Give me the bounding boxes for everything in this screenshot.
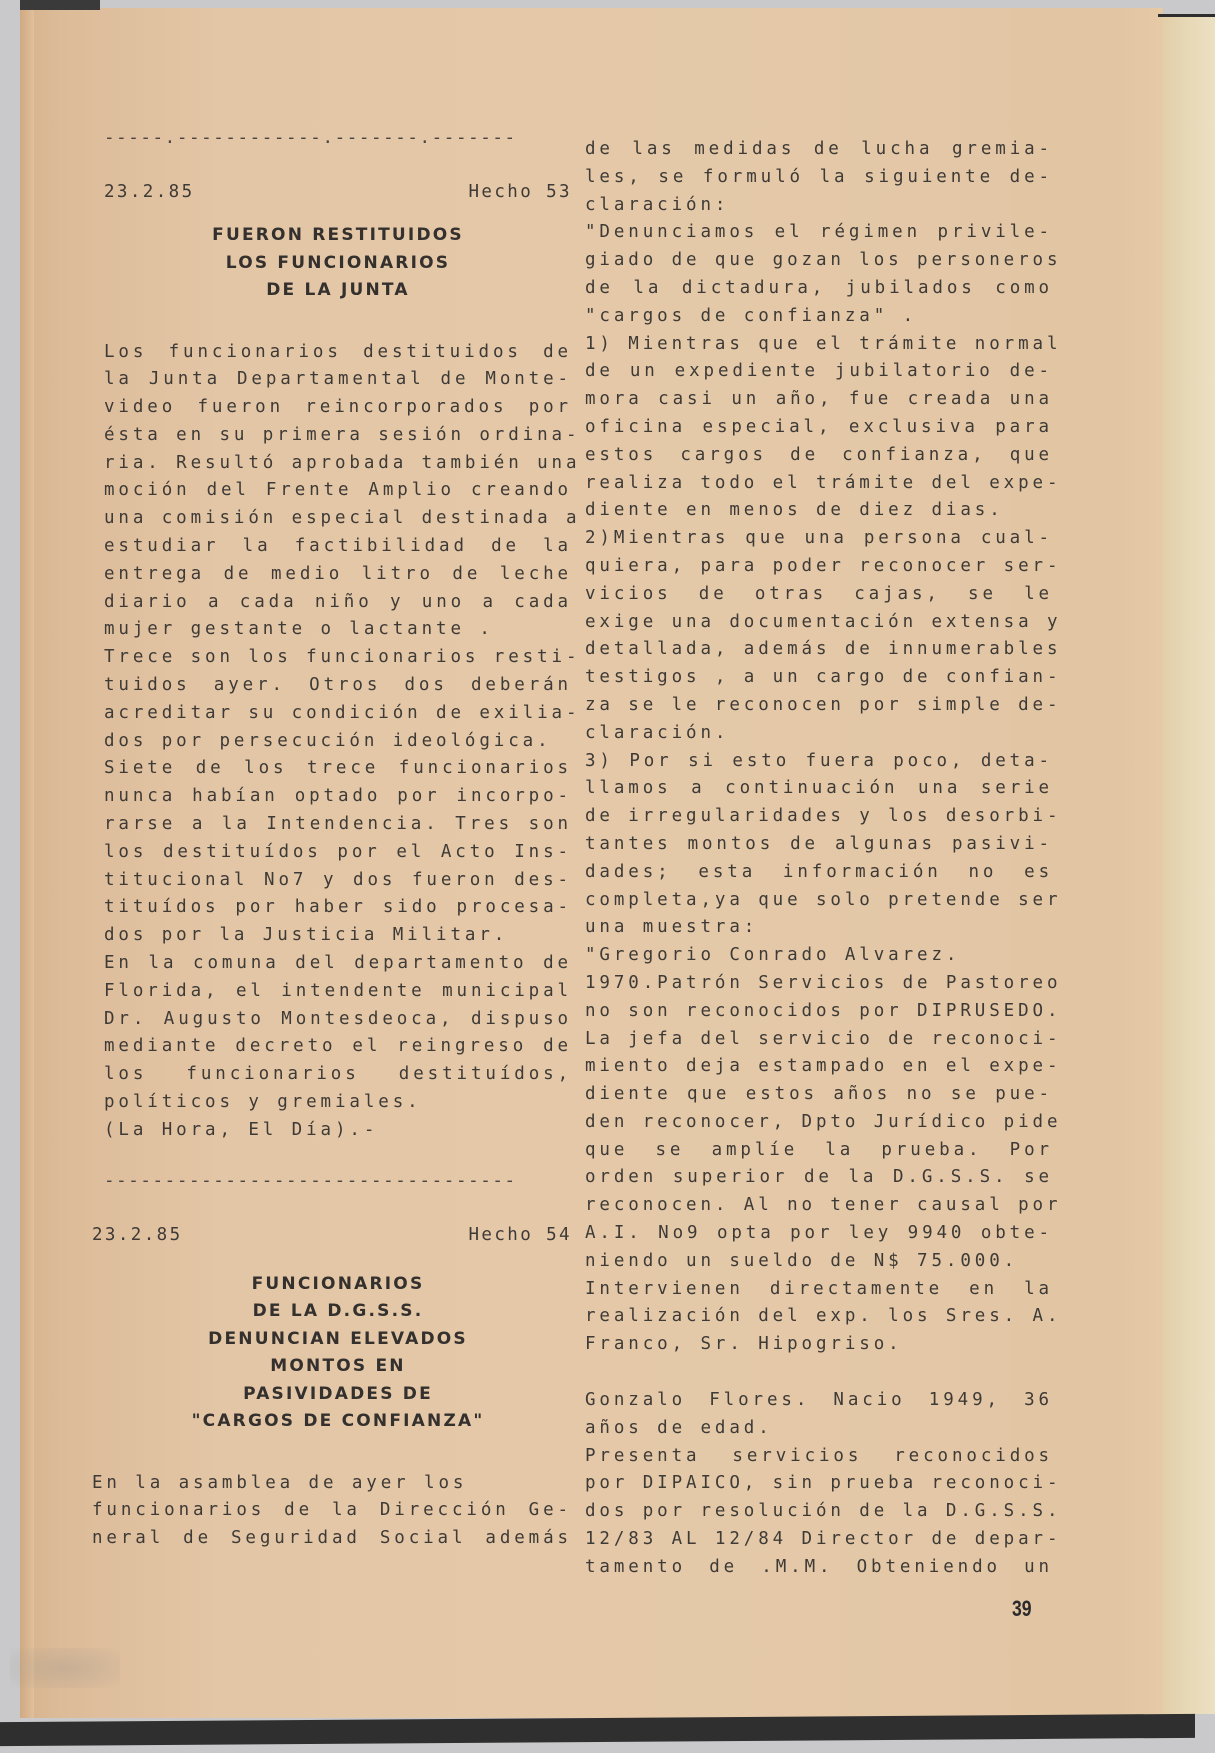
text-line: dades; esta información no es [585,859,1053,887]
text-line: una comisión especial destinada a [104,505,572,533]
text-line: Los funcionarios destituidos de [104,339,572,367]
text-line: detallada, además de innumerables [585,636,1053,664]
text-line: Presenta servicios reconocidos [585,1443,1053,1471]
text-line: dos por persecución ideológica. [104,728,572,756]
text-line: los funcionarios destituídos, [104,1061,572,1089]
text-line: nunca habían optado por incorpo- [104,783,572,811]
text-line: diente en menos de diez dias. [585,497,1053,525]
text-line: tituídos por haber sido procesa- [104,894,572,922]
text-line: Intervienen directamente en la [585,1276,1053,1304]
text-line: rarse a la Intendencia. Tres son [104,811,572,839]
headline-line: FUNCIONARIOS [104,1271,572,1299]
text-line: moción del Frente Amplio creando [104,477,572,505]
text-line: estos cargos de confianza, que [585,442,1053,470]
article-headline: FUNCIONARIOS DE LA D.G.S.S. DENUNCIAN EL… [104,1271,572,1436]
separator-rule: ---------------------------------- [104,1171,572,1191]
text-line: 1970.Patrón Servicios de Pastoreo [585,970,1053,998]
text-line: Florida, el intendente municipal [104,978,572,1006]
text-line: realización del exp. los Sres. A. [585,1303,1053,1331]
text-line: 3) Por si esto fuera poco, deta- [585,748,1053,776]
paragraph-gap [585,1359,1053,1387]
text-line: diente que estos años no se pue- [585,1081,1053,1109]
text-line: "cargos de confianza" . [585,303,1053,331]
text-line: los destituídos por el Acto Ins- [104,839,572,867]
text-line: estudiar la factibilidad de la [104,533,572,561]
headline-line: FUERON RESTITUIDOS [104,222,572,250]
text-line: de las medidas de lucha gremia- [585,136,1053,164]
text-line: Dr. Augusto Montesdeoca, dispuso [104,1006,572,1034]
scan-edge-bottom [0,1714,1195,1746]
text-line: oficina especial, exclusiva para [585,414,1053,442]
headline-line: DENUNCIAN ELEVADOS [104,1326,572,1354]
text-line: políticos y gremiales. [104,1089,572,1117]
text-line: Gonzalo Flores. Nacio 1949, 36 [585,1387,1053,1415]
text-line: claración: [585,192,1053,220]
article-body-continued: de las medidas de lucha gremia-les, se f… [585,136,1053,1359]
text-line: la Junta Departamental de Monte- [104,366,572,394]
text-line: mediante decreto el reingreso de [104,1033,572,1061]
text-line: ria. Resultó aprobada también una [104,450,572,478]
text-line: miento deja estampado en el expe- [585,1053,1053,1081]
article-body: En la asamblea de ayer losfuncionarios d… [92,1470,572,1553]
text-line: dos por resolución de la D.G.S.S. [585,1498,1053,1526]
text-line: dos por la Justicia Militar. [104,922,572,950]
text-line: diario a cada niño y uno a cada [104,589,572,617]
article-hecho-54: 23.2.85 Hecho 54 FUNCIONARIOS DE LA D.G.… [104,1225,572,1553]
hecho-number: Hecho 54 [469,1225,573,1245]
text-line: Siete de los trece funcionarios [104,755,572,783]
dateline: 23.2.85 Hecho 54 [92,1225,572,1245]
text-line: titucional No7 y dos fueron des- [104,867,572,895]
text-line: tuidos ayer. Otros dos deberán [104,672,572,700]
article-body: Los funcionarios destituidos dela Junta … [104,339,572,1145]
text-line: Franco, Sr. Hipogriso. [585,1331,1053,1359]
text-line: funcionarios de la Dirección Ge- [92,1497,572,1525]
text-line: tamento de .M.M. Obteniendo un [585,1554,1053,1582]
text-line: giado de que gozan los personeros [585,247,1053,275]
headline-line: LOS FUNCIONARIOS [104,250,572,278]
page-number: 39 [1012,1596,1032,1622]
text-line: les, se formuló la siguiente de- [585,164,1053,192]
headline-line: DE LA JUNTA [104,277,572,305]
text-line: reconocen. Al no tener causal por [585,1192,1053,1220]
text-line: mora casi un año, fue creada una [585,386,1053,414]
text-line: Trece son los funcionarios resti- [104,644,572,672]
article-headline: FUERON RESTITUIDOS LOS FUNCIONARIOS DE L… [104,222,572,305]
headline-line: PASIVIDADES DE [104,1381,572,1409]
separator-rule: -----.------------.-------.------- [104,128,572,148]
text-line: entrega de medio litro de leche [104,561,572,589]
text-line: realiza todo el trámite del expe- [585,470,1053,498]
text-line: za se le reconocen por simple de- [585,692,1053,720]
page-gutter-shadow [20,8,34,1718]
text-line: llamos a continuación una serie [585,775,1053,803]
text-line: 12/83 AL 12/84 Director de depar- [585,1526,1053,1554]
text-line: "Denunciamos el régimen privile- [585,219,1053,247]
headline-line: MONTOS EN [104,1353,572,1381]
text-line: video fueron reincorporados por [104,394,572,422]
right-column: de las medidas de lucha gremia-les, se f… [585,136,1053,1582]
text-line: ésta en su primera sesión ordina- [104,422,572,450]
scan-edge-top-right [1158,14,1215,17]
adjacent-page-edge [1163,14,1215,1714]
text-line: "Gregorio Conrado Alvarez. [585,942,1053,970]
text-line: (La Hora, El Día).- [104,1117,572,1145]
text-line: de irregularidades y los desorbi- [585,803,1053,831]
article-hecho-53: 23.2.85 Hecho 53 FUERON RESTITUIDOS LOS … [104,182,572,1145]
text-line: 2)Mientras que una persona cual- [585,525,1053,553]
text-line: vicios de otras cajas, se le [585,581,1053,609]
text-line: no son reconocidos por DIPRUSEDO. [585,998,1053,1026]
text-line: de un expediente jubilatorio de- [585,358,1053,386]
hecho-number: Hecho 53 [469,182,573,202]
headline-line: DE LA D.G.S.S. [104,1298,572,1326]
text-line: En la asamblea de ayer los [92,1470,572,1498]
article-body-continued: Gonzalo Flores. Nacio 1949, 36años de ed… [585,1387,1053,1582]
text-line: años de edad. [585,1415,1053,1443]
paper-stain [10,1648,120,1688]
headline-line: "CARGOS DE CONFIANZA" [104,1408,572,1436]
text-line: que se amplíe la prueba. Por [585,1137,1053,1165]
text-line: tantes montos de algunas pasivi- [585,831,1053,859]
text-line: acreditar su condición de exilia- [104,700,572,728]
text-line: den reconocer, Dpto Jurídico pide [585,1109,1053,1137]
article-date: 23.2.85 [92,1225,183,1245]
text-line: quiera, para poder reconocer ser- [585,553,1053,581]
text-line: exige una documentación extensa y [585,609,1053,637]
scan-edge-top [20,0,100,10]
text-line: 1) Mientras que el trámite normal [585,331,1053,359]
text-line: completa,ya que solo pretende ser [585,887,1053,915]
text-line: neral de Seguridad Social además [92,1525,572,1553]
text-line: mujer gestante o lactante . [104,616,572,644]
article-date: 23.2.85 [104,182,195,202]
text-line: A.I. No9 opta por ley 9940 obte- [585,1220,1053,1248]
text-line: de la dictadura, jubilados como [585,275,1053,303]
text-line: por DIPAICO, sin prueba reconoci- [585,1470,1053,1498]
text-line: claración. [585,720,1053,748]
text-line: En la comuna del departamento de [104,950,572,978]
dateline: 23.2.85 Hecho 53 [104,182,572,202]
text-line: La jefa del servicio de reconoci- [585,1026,1053,1054]
text-line: niendo un sueldo de N$ 75.000. [585,1248,1053,1276]
text-line: una muestra: [585,914,1053,942]
text-line: testigos , a un cargo de confian- [585,664,1053,692]
left-column: -----.------------.-------.------- 23.2.… [104,128,572,1553]
text-line: orden superior de la D.G.S.S. se [585,1164,1053,1192]
